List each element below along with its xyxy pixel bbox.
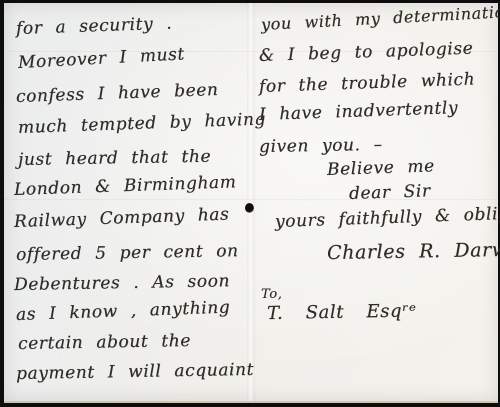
handwritten-line: Railway Company has <box>14 204 230 232</box>
handwritten-line: you with my determination, <box>261 1 500 34</box>
closing-believe-me: Believe me <box>327 156 435 180</box>
addressee-name: T. Salt Esqʳᵉ <box>267 300 417 324</box>
closing-valediction: yours faithfully & obliged <box>275 203 500 232</box>
handwritten-line: Moreover I must <box>17 44 185 73</box>
address-to: To, <box>261 287 282 302</box>
handwritten-line: certain about the <box>18 331 191 354</box>
handwritten-line: for the trouble which <box>259 69 476 97</box>
handwritten-line: given you. – <box>259 135 383 157</box>
handwritten-line: payment I will acquaint <box>16 360 254 384</box>
letter-right-page: you with my determination, & I beg to ap… <box>251 3 498 401</box>
letter-left-page: for a security . Moreover I must confess… <box>4 3 250 401</box>
scanned-letter: for a security . Moreover I must confess… <box>0 0 500 407</box>
closing-dear-sir: dear Sir <box>349 181 431 204</box>
handwritten-line: just heard that the <box>18 147 211 170</box>
handwritten-line: much tempted by having <box>18 109 267 138</box>
handwritten-line: offered 5 per cent on <box>16 241 239 265</box>
handwritten-line: & I beg to apologise <box>259 39 474 66</box>
signature-charles-r-darwin: Charles R. Darwin <box>327 238 500 264</box>
handwritten-line: Debentures . As soon <box>14 271 230 295</box>
handwritten-line: as I know , anything <box>16 298 231 325</box>
letter-paper: for a security . Moreover I must confess… <box>4 3 498 403</box>
handwritten-line: I have inadvertently <box>259 98 459 125</box>
handwritten-line: for a security . <box>16 14 173 39</box>
handwritten-line: London & Birmingham <box>14 172 237 200</box>
handwritten-line: confess I have been <box>16 80 219 107</box>
